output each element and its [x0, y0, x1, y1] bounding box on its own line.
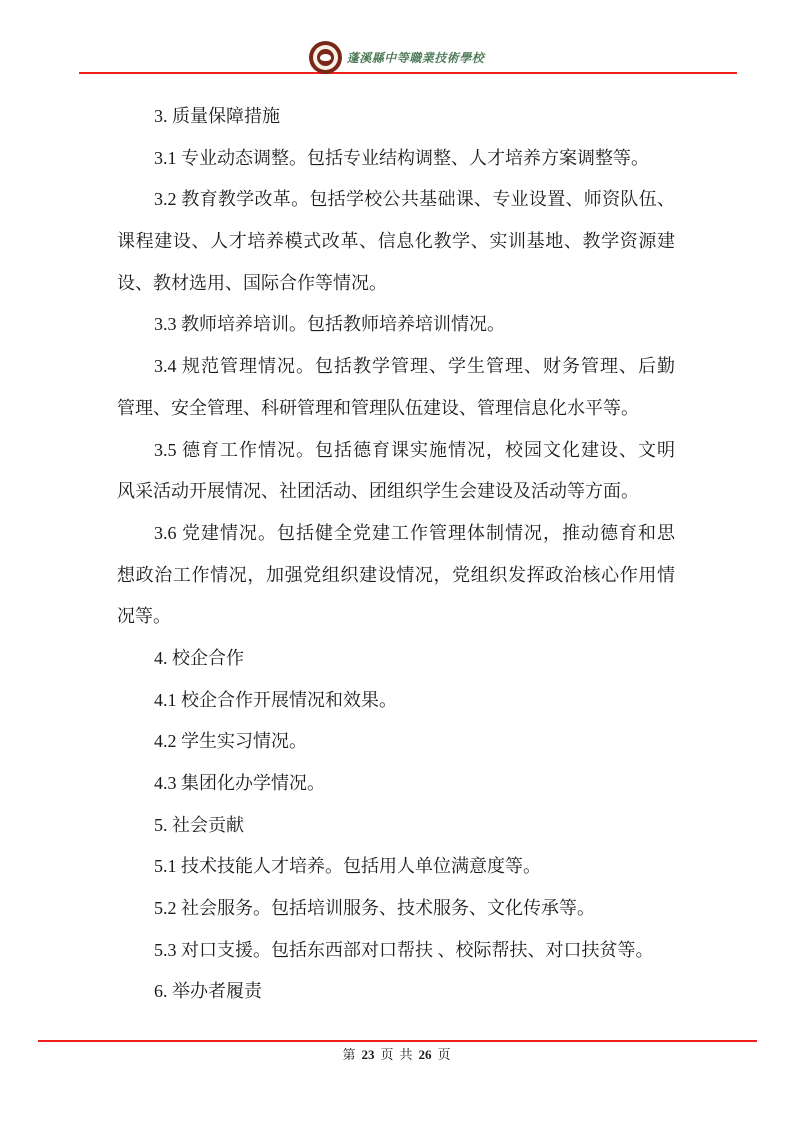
total-label: 共 [400, 1047, 413, 1062]
text-line: 4. 校企合作 [117, 638, 675, 680]
text-line: 5.1 技术技能人才培养。包括用人单位满意度等。 [117, 846, 675, 888]
text-line: 管理、安全管理、科研管理和管理队伍建设、管理信息化水平等。 [117, 388, 675, 430]
text-line: 课程建设、人才培养模式改革、信息化教学、实训基地、教学资源建 [117, 221, 675, 263]
text-line: 3.4 规范管理情况。包括教学管理、学生管理、财务管理、后勤 [117, 346, 675, 388]
text-line: 风采活动开展情况、社团活动、团组织学生会建设及活动等方面。 [117, 471, 675, 513]
school-seal-icon [309, 41, 342, 74]
text-line: 想政治工作情况，加强党组织建设情况，党组织发挥政治核心作用情 [117, 555, 675, 597]
page-number: 第23页共26页 [0, 1044, 793, 1063]
text-line: 3.1 专业动态调整。包括专业结构调整、人才培养方案调整等。 [117, 138, 675, 180]
text-line: 6. 举办者履责 [117, 971, 675, 1013]
text-line: 4.3 集团化办学情况。 [117, 763, 675, 805]
text-line: 3.3 教师培养培训。包括教师培养培训情况。 [117, 304, 675, 346]
current-page-number: 23 [361, 1047, 374, 1062]
seal-emblem-icon [320, 54, 331, 61]
text-line: 4.2 学生实习情况。 [117, 721, 675, 763]
document-body: 3. 质量保障措施3.1 专业动态调整。包括专业结构调整、人才培养方案调整等。3… [117, 96, 675, 1013]
footer-divider-line [38, 1040, 757, 1042]
text-line: 3.6 党建情况。包括健全党建工作管理体制情况，推动德育和思 [117, 513, 675, 555]
page-label: 页 [380, 1047, 393, 1062]
page-label-prefix: 第 [342, 1047, 355, 1062]
header-brand: 蓬溪縣中等職業技術學校 [0, 41, 793, 74]
text-line: 4.1 校企合作开展情况和效果。 [117, 680, 675, 722]
text-line: 5.3 对口支援。包括东西部对口帮扶 、校际帮扶、对口扶贫等。 [117, 930, 675, 972]
page-label-2: 页 [438, 1047, 451, 1062]
school-name: 蓬溪縣中等職業技術學校 [347, 49, 485, 66]
text-line: 5.2 社会服务。包括培训服务、技术服务、文化传承等。 [117, 888, 675, 930]
text-line: 设、教材选用、国际合作等情况。 [117, 263, 675, 305]
text-line: 况等。 [117, 596, 675, 638]
text-line: 3.2 教育教学改革。包括学校公共基础课、专业设置、师资队伍、 [117, 179, 675, 221]
text-line: 3. 质量保障措施 [117, 96, 675, 138]
document-page: 蓬溪縣中等職業技術學校 3. 质量保障措施3.1 专业动态调整。包括专业结构调整… [0, 0, 793, 1122]
text-line: 3.5 德育工作情况。包括德育课实施情况，校园文化建设、文明 [117, 430, 675, 472]
total-pages-number: 26 [419, 1047, 432, 1062]
text-line: 5. 社会贡献 [117, 805, 675, 847]
